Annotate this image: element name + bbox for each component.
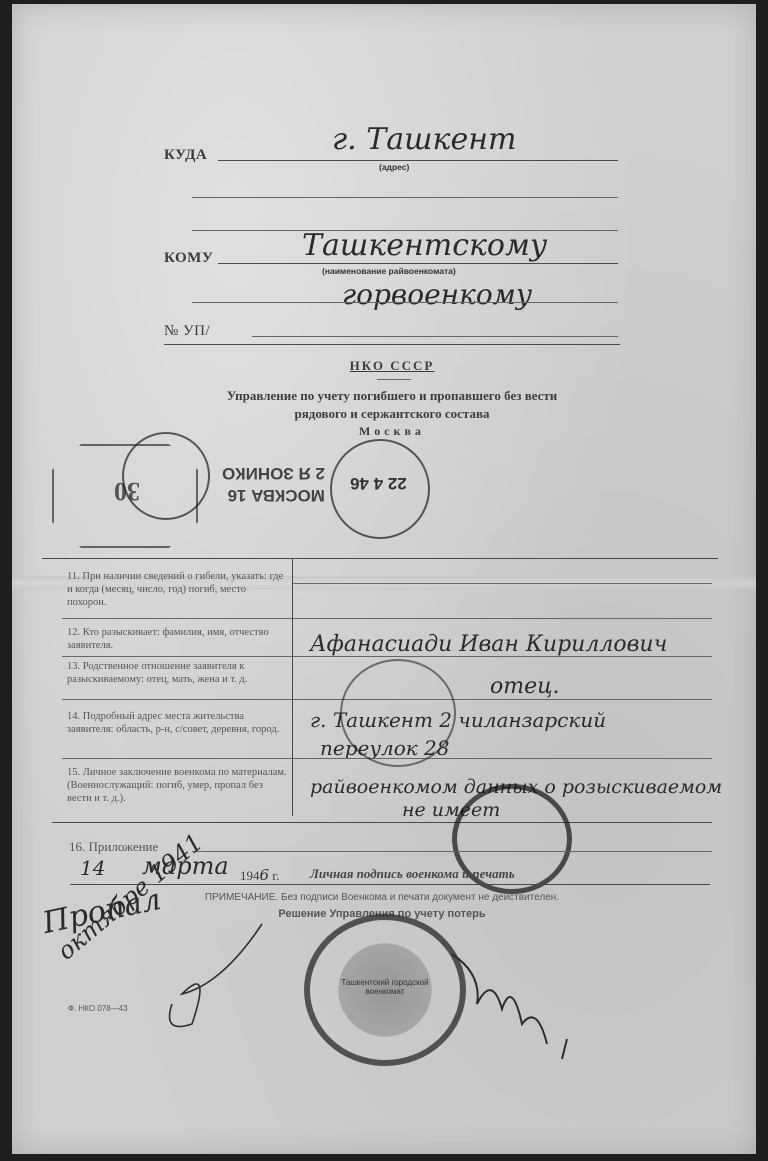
postmark-date-stamp: 22 4 46	[330, 439, 430, 539]
question-12: 12. Кто разыскивает: фамилия, имя, отчес…	[67, 626, 287, 652]
up-number-label: № УП/	[164, 323, 210, 340]
seal-text: Ташкентский городской военкомат	[330, 978, 440, 996]
to-whom-line-2	[192, 302, 618, 303]
header-divider	[164, 344, 620, 345]
question-13: 13. Родственное отношение заявителя к ра…	[67, 660, 287, 686]
row-divider-12	[62, 656, 712, 657]
machine-cancel: МОСКВА 16 2 Я ЗОНИКО	[222, 462, 325, 506]
address-line-2	[192, 197, 618, 198]
to-where-caption: (адрес)	[379, 162, 409, 172]
to-whom-line	[218, 263, 618, 264]
commander-signature	[442, 934, 582, 1064]
validity-note: ПРИМЕЧАНИЕ. Без подписи Военкома и печат…	[102, 892, 662, 903]
answer-12: Афанасиади Иван Кириллович	[310, 632, 667, 657]
org-underline	[377, 379, 411, 380]
to-whom-label: КОМУ	[164, 250, 213, 267]
to-where-label: КУДА	[164, 147, 207, 164]
attachment-line	[192, 851, 712, 852]
org-title: НКО СССР	[292, 358, 492, 374]
document-page: КУДА г. Ташкент (адрес) КОМУ Ташкентском…	[12, 4, 756, 1154]
to-whom-caption: (наименование райвоенкомата)	[322, 266, 456, 276]
department-line1: Управление по учету погибшего и пропавше…	[152, 388, 632, 404]
question-11: 11. При наличии сведений о гибели, указа…	[67, 570, 287, 609]
table-bottom-border	[52, 822, 712, 823]
question-14: 14. Подробный адрес места жительства зая…	[67, 710, 287, 736]
postmark-text-1: МОСКВА 16	[222, 484, 325, 506]
form-code: Ф. НКО 078—43	[68, 1004, 128, 1013]
department-line2: рядового и сержантского состава	[152, 406, 632, 422]
to-where-line	[218, 160, 618, 161]
round-postmark-small	[122, 432, 210, 520]
table-column-divider	[292, 558, 293, 816]
postmark-text-2: 2 Я ЗОНИКО	[222, 462, 325, 484]
margin-signature	[142, 904, 272, 1044]
registry-stamp	[340, 659, 456, 767]
to-where-value: г. Ташкент	[332, 122, 516, 157]
row11-line-a	[292, 583, 712, 584]
sign-day: 14	[80, 856, 105, 880]
row-divider-11	[62, 618, 292, 619]
sign-year: 1946 г.	[240, 866, 279, 884]
up-number-line	[252, 336, 618, 337]
to-whom-value-line2: горвоенкому	[342, 278, 532, 311]
question-15: 15. Личное заключение военкома по матери…	[67, 766, 287, 805]
table-top-border	[42, 558, 718, 559]
row11-line-b	[292, 618, 712, 619]
signature-caption: Личная подпись военкома и печать	[310, 866, 515, 882]
answer-13: отец.	[490, 674, 559, 699]
to-whom-value-line1: Ташкентскому	[302, 228, 547, 263]
postmark-date: 22 4 46	[350, 473, 407, 493]
city: Москва	[152, 424, 632, 439]
